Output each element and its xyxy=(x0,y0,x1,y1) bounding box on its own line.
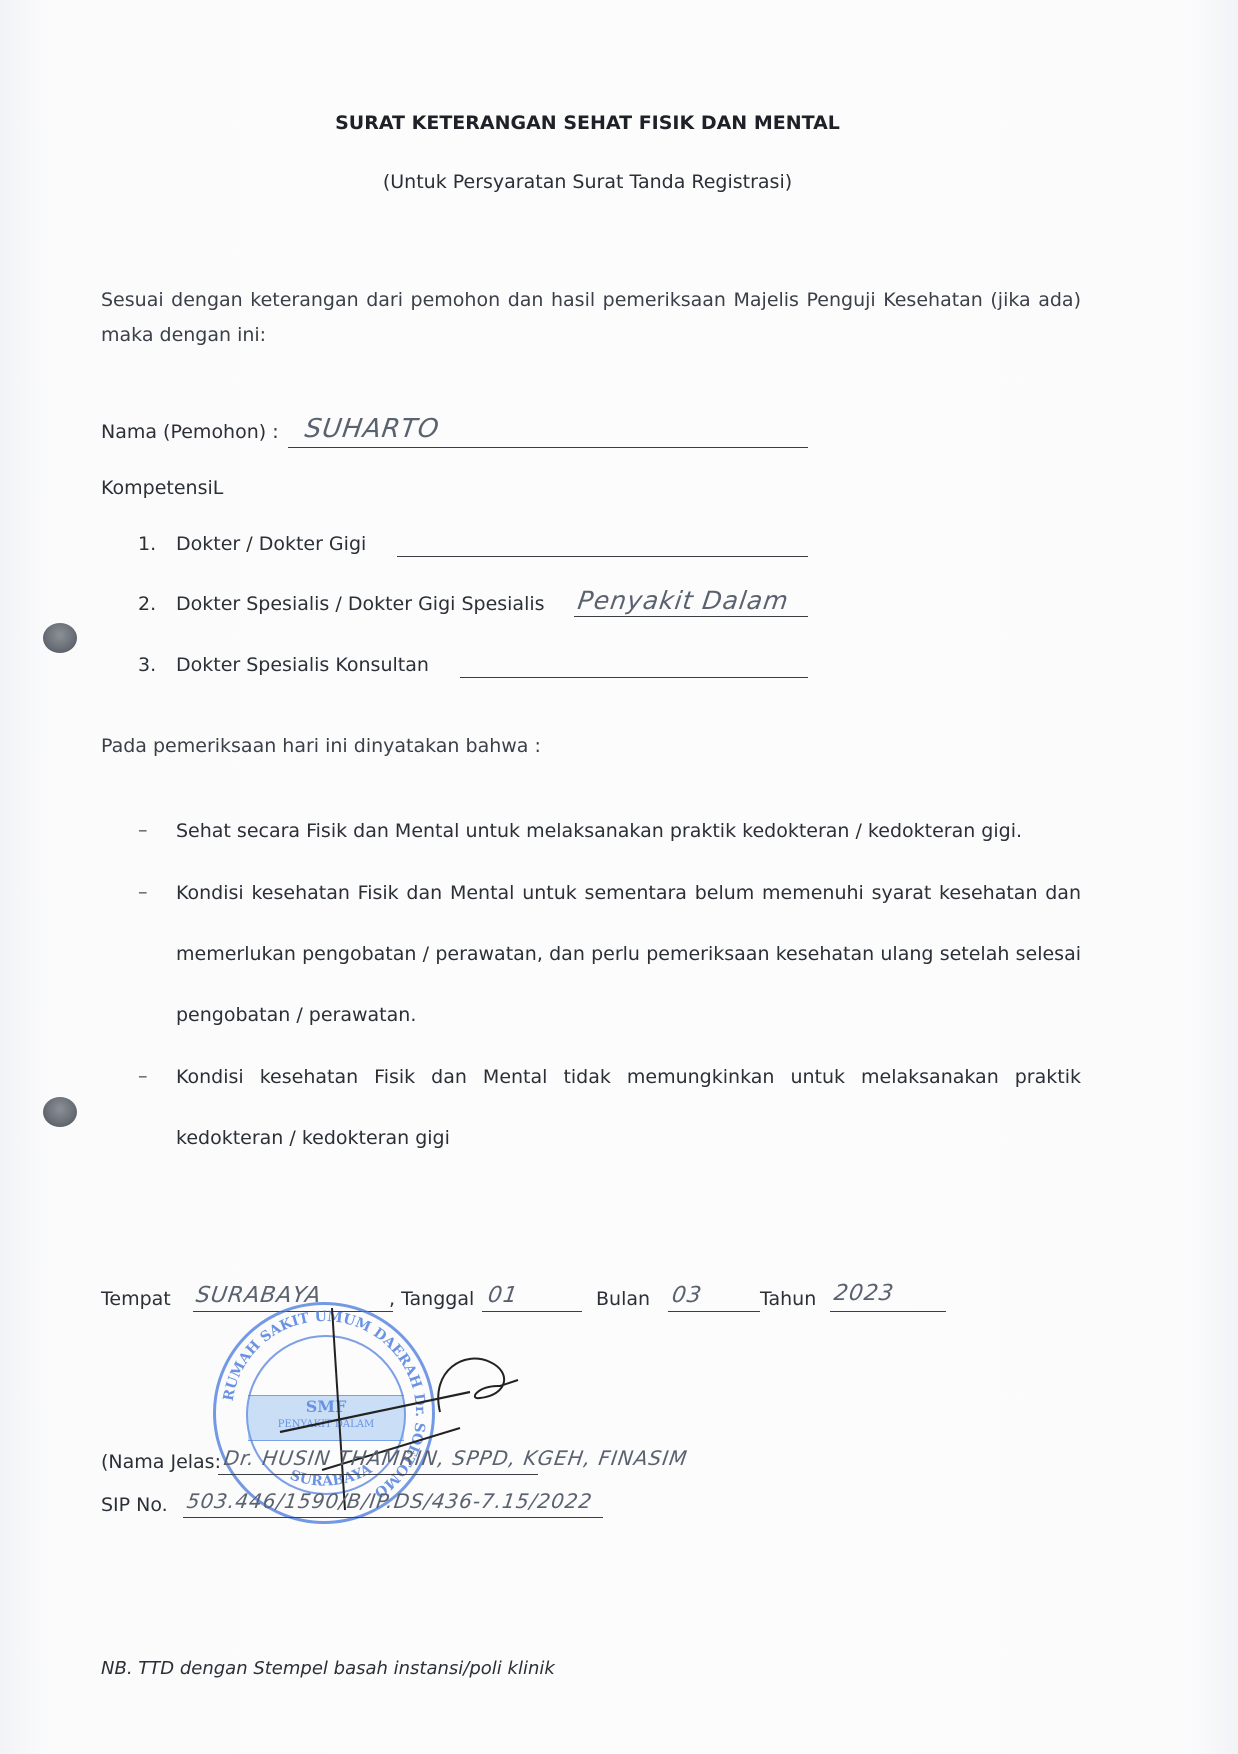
competence-item-2-number: 2. xyxy=(138,593,156,615)
month-value: 03 xyxy=(670,1283,704,1308)
footnote: NB. TTD dengan Stempel basah instansi/po… xyxy=(101,1658,555,1679)
competence-item-1-number: 1. xyxy=(138,533,156,555)
sip-label: SIP No. xyxy=(101,1494,168,1516)
sip-line xyxy=(183,1517,603,1518)
competence-item-2-label: Dokter Spesialis / Dokter Gigi Spesialis xyxy=(176,593,545,615)
signer-name-label: (Nama Jelas: xyxy=(101,1451,221,1473)
punch-hole xyxy=(43,1097,77,1127)
applicant-field-line xyxy=(288,447,808,448)
competence-item-3-line xyxy=(460,677,808,678)
statement-2-dash: – xyxy=(138,881,148,903)
year-line xyxy=(830,1311,946,1312)
sip-value: 503.446/1590/B/IP.DS/436-7.15/2022 xyxy=(185,1489,594,1513)
competence-item-2-line xyxy=(574,616,808,617)
document-title: SURAT KETERANGAN SEHAT FISIK DAN MENTAL xyxy=(0,112,1175,134)
document-subtitle: (Untuk Persyaratan Surat Tanda Registras… xyxy=(0,171,1175,193)
statement-2: Kondisi kesehatan Fisik dan Mental untuk… xyxy=(176,863,1081,1046)
statement-intro: Pada pemeriksaan hari ini dinyatakan bah… xyxy=(101,735,541,757)
punch-hole xyxy=(43,623,77,653)
month-line xyxy=(668,1311,760,1312)
signer-name-value: Dr. HUSIN THAMRIN, SPPD, KGEH, FINASIM xyxy=(222,1446,689,1470)
competence-item-1-line xyxy=(397,556,808,557)
signer-name-line xyxy=(218,1474,538,1475)
intro-paragraph: Sesuai dengan keterangan dari pemohon da… xyxy=(101,283,1081,353)
applicant-name-value: SUHARTO xyxy=(303,414,442,444)
statement-3: Kondisi kesehatan Fisik dan Mental tidak… xyxy=(176,1047,1081,1169)
competence-label: KompetensiL xyxy=(101,477,223,499)
document-page: SURAT KETERANGAN SEHAT FISIK DAN MENTAL … xyxy=(0,0,1238,1754)
year-value: 2023 xyxy=(832,1281,896,1306)
competence-item-3-label: Dokter Spesialis Konsultan xyxy=(176,654,429,676)
applicant-label: Nama (Pemohon) : xyxy=(101,421,279,443)
year-label: Tahun xyxy=(760,1288,816,1310)
month-label: Bulan xyxy=(596,1288,650,1310)
statement-3-dash: – xyxy=(138,1065,148,1087)
statement-1: Sehat secara Fisik dan Mental untuk mela… xyxy=(176,801,1081,862)
competence-item-1-label: Dokter / Dokter Gigi xyxy=(176,533,366,555)
competence-item-3-number: 3. xyxy=(138,654,156,676)
place-label: Tempat xyxy=(101,1288,171,1310)
signature xyxy=(250,1300,550,1520)
statement-1-dash: – xyxy=(138,819,148,841)
competence-item-2-value: Penyakit Dalam xyxy=(576,586,791,615)
